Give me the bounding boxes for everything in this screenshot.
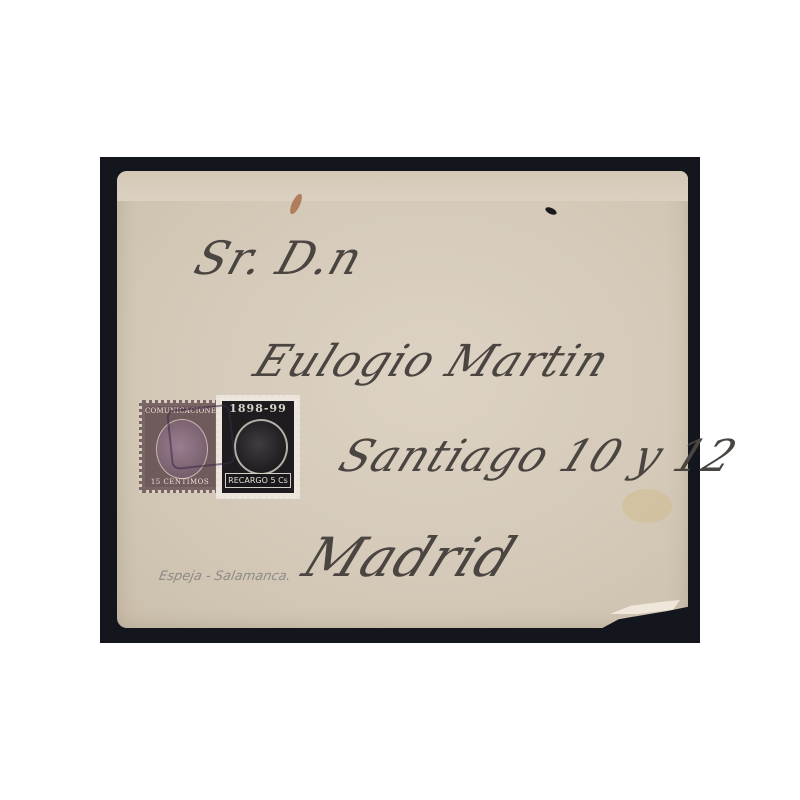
- city: Madrid: [294, 526, 525, 589]
- pencil-note: Espeja - Salamanca.: [158, 569, 292, 584]
- salutation: Sr. D.n: [188, 231, 370, 285]
- recipient-name: Eulogio Martin: [247, 336, 618, 387]
- age-stain: [622, 489, 672, 523]
- ink-blot: [544, 206, 557, 217]
- envelope-top-edge: [117, 171, 688, 201]
- envelope: Sr. D.n Eulogio Martin Santiago 10 y 12 …: [117, 171, 688, 628]
- stamp-value-text: RECARGO 5 Cs: [225, 473, 291, 488]
- portrait-icon: [234, 419, 288, 475]
- street-address: Santiago 10 y 12: [332, 431, 745, 482]
- postmark-cancel: [166, 404, 236, 470]
- stamp-year: 1898-99: [222, 402, 294, 415]
- stamp-value-text: 15 CENTIMOS: [145, 478, 215, 486]
